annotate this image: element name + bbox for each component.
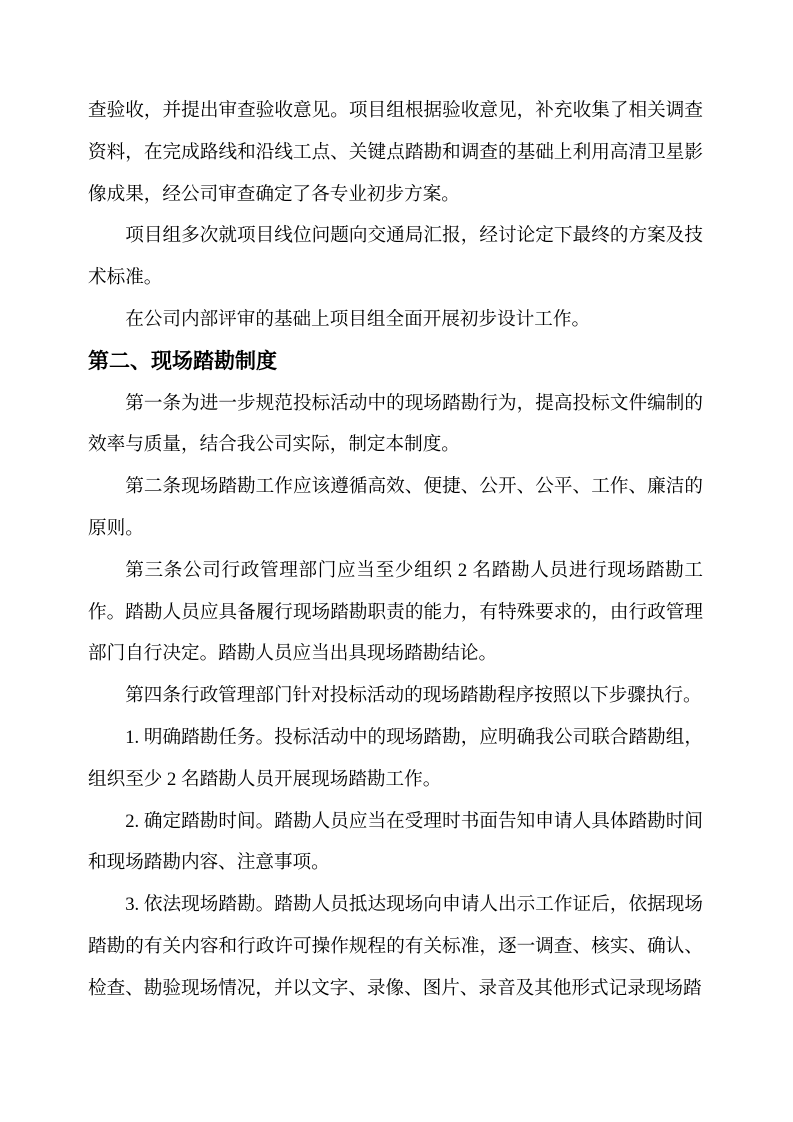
body-paragraph: 第三条公司行政管理部门应当至少组织 2 名踏勘人员进行现场踏勘工作。踏勘人员应具… xyxy=(88,550,703,675)
document-page: 查验收，并提出审查验收意见。项目组根据验收意见，补充收集了相关调查资料，在完成路… xyxy=(0,0,793,1122)
body-paragraph: 第一条为进一步规范投标活动中的现场踏勘行为，提高投标文件编制的效率与质量，结合我… xyxy=(88,383,703,467)
body-paragraph: 第二条现场踏勘工作应该遵循高效、便捷、公开、公平、工作、廉洁的原则。 xyxy=(88,466,703,550)
body-paragraph: 在公司内部评审的基础上项目组全面开展初步设计工作。 xyxy=(88,299,703,341)
numbered-step-paragraph: 3. 依法现场踏勘。踏勘人员抵达现场向申请人出示工作证后，依据现场踏勘的有关内容… xyxy=(88,884,703,1009)
numbered-step-paragraph: 1. 明确踏勘任务。投标活动中的现场踏勘，应明确我公司联合踏勘组，组织至少 2 … xyxy=(88,717,703,801)
body-paragraph: 项目组多次就项目线位问题向交通局汇报，经讨论定下最终的方案及技术标准。 xyxy=(88,215,703,299)
body-paragraph: 第四条行政管理部门针对投标活动的现场踏勘程序按照以下步骤执行。 xyxy=(88,675,703,717)
body-paragraph: 查验收，并提出审查验收意见。项目组根据验收意见，补充收集了相关调查资料，在完成路… xyxy=(88,90,703,215)
numbered-step-paragraph: 2. 确定踏勘时间。踏勘人员应当在受理时书面告知申请人具体踏勘时间和现场踏勘内容… xyxy=(88,801,703,885)
section-heading: 第二、现场踏勘制度 xyxy=(88,341,703,383)
